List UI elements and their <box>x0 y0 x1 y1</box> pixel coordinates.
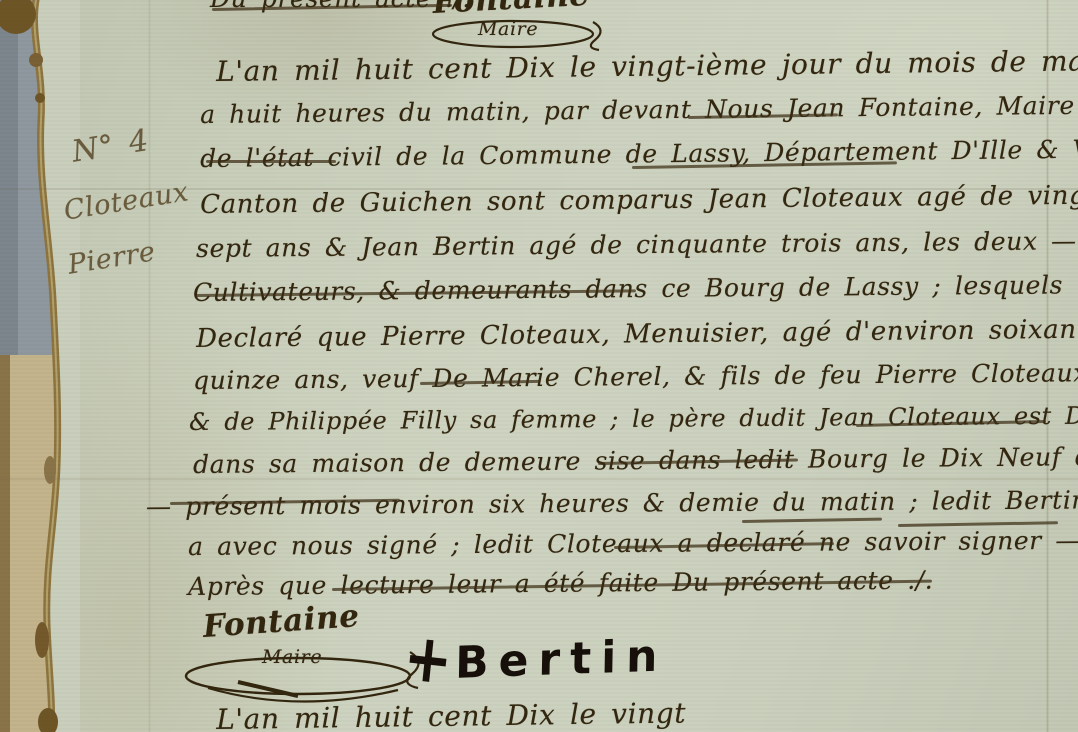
act-line-12: a avec nous signé ; ledit Cloteaux a dec… <box>188 528 1078 559</box>
ink-strikethrough <box>742 518 882 523</box>
act-line-2: a huit heures du matin, par devant Nous … <box>200 92 1078 127</box>
margin-surname: Cloteaux <box>62 178 191 224</box>
act-line-4: Canton de Guichen sont comparus Jean Clo… <box>200 183 1078 218</box>
next-act-fragment: L'an mil huit cent Dix le vingt <box>216 699 686 732</box>
act-line-1: L'an mil huit cent Dix le vingt-ième jou… <box>216 46 1078 85</box>
fontaine-signature-bottom: Fontaine <box>202 601 361 643</box>
signature-flourish-top <box>428 12 618 52</box>
act-line-9: & de Philippée Filly sa femme ; le père … <box>189 403 1078 434</box>
page-crease-horizontal <box>0 478 1078 480</box>
scanned-register-page: Du présent acte ./. Fontaine Maire N° 4 … <box>0 0 1078 732</box>
act-line-8: quinze ans, veuf De Marie Cherel, & fils… <box>193 360 1078 393</box>
margin-act-number: N° 4 <box>70 126 151 168</box>
act-line-5: sept ans & Jean Bertin agé de cinquante … <box>196 228 1077 261</box>
act-line-6: Cultivateurs, & demeurants dans ce Bourg… <box>193 271 1078 305</box>
act-line-7: Declaré que Pierre Cloteaux, Menuisier, … <box>196 316 1078 352</box>
bertin-signature: +Bertin <box>403 627 668 690</box>
page-crease <box>148 0 151 732</box>
bertin-signature-name: Bertin <box>454 630 667 688</box>
torn-page-edge <box>0 0 80 732</box>
ink-strikethrough <box>206 160 336 163</box>
bertin-cross-mark: + <box>401 630 455 688</box>
signature-flourish-bottom <box>178 642 438 708</box>
